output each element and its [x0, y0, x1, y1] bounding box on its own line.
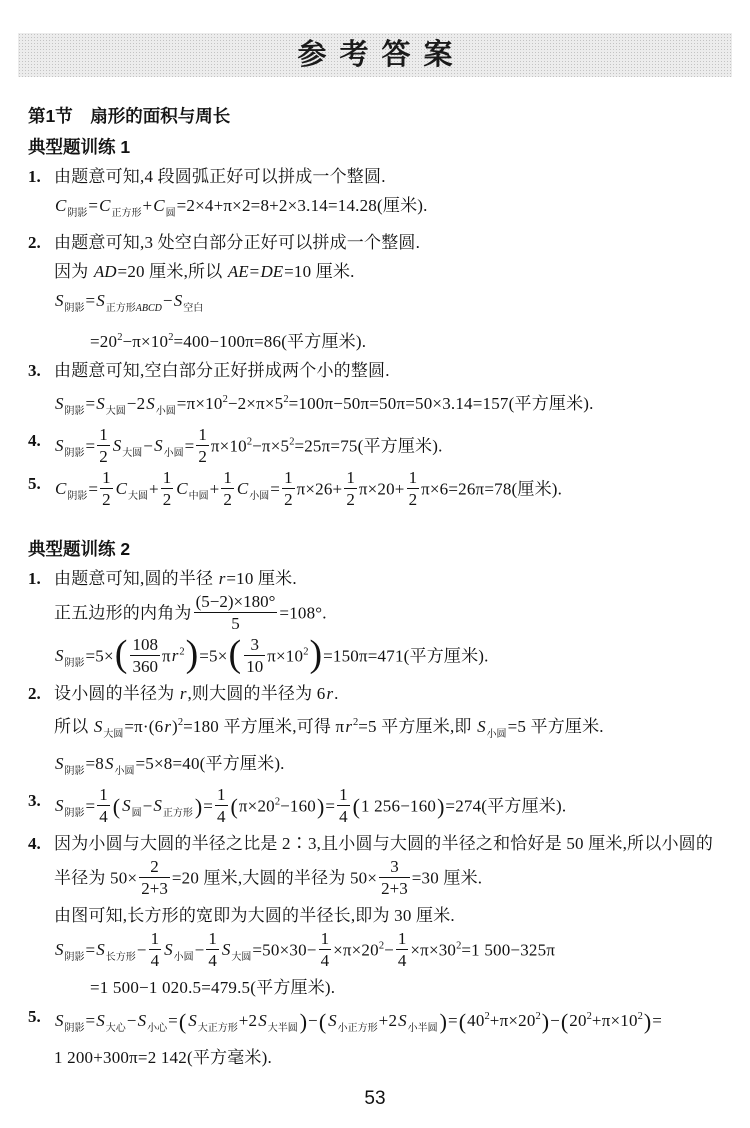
math-variable: S [54, 291, 65, 310]
math-variable: S [163, 940, 174, 959]
fraction: 14 [215, 784, 228, 827]
mid-paren-icon: ( [560, 1009, 569, 1034]
math-variable: S [95, 394, 106, 413]
item-number: 2. [28, 679, 54, 708]
text-run: = [86, 394, 96, 413]
math-variable: S [397, 1011, 408, 1030]
subscript: 阴影 [65, 952, 85, 963]
subscript: 正方形 [111, 208, 141, 219]
answer-item: 3.由题意可知,空白部分正好拼成两个小的整圆.S阴影=S大圆−2S小圆=π×10… [28, 356, 732, 426]
item-number: 4. [28, 426, 54, 455]
fraction: 12 [344, 467, 357, 510]
math-variable: S [54, 646, 65, 665]
math-variable: AD [93, 262, 118, 281]
math-variable: S [95, 291, 106, 310]
text-run: −160 [280, 796, 316, 815]
text-run: =π×10 [177, 394, 223, 413]
text-run: = [325, 796, 335, 815]
item-body: S阴影=S大心−S小心=(S大正方形+2S大半圆)−(S小正方形+2S小半圆)=… [54, 1002, 732, 1072]
big-paren-icon: ( [114, 633, 129, 675]
fraction-denominator: 4 [337, 806, 350, 827]
mid-paren-icon: ) [436, 794, 445, 819]
text-run: −π×10 [122, 332, 168, 351]
math-variable: S [54, 394, 65, 413]
subscript: 小圆 [174, 952, 194, 963]
text-run: − [127, 1011, 137, 1030]
subscript: 小圆 [487, 729, 507, 740]
text-run: −2×π×5 [228, 394, 284, 413]
math-variable: S [476, 717, 487, 736]
math-variable: C [236, 479, 249, 498]
answer-line: 由题意可知,4 段圆弧正好可以拼成一个整圆. [54, 162, 732, 191]
math-variable: AE [227, 262, 250, 281]
item-body: 因为小圆与大圆的半径之比是 2∶3,且小圆与大圆的半径之和恰好是 50 厘米,所… [54, 829, 732, 1002]
fraction-numerator: 108 [130, 634, 160, 656]
answer-item: 2.设小圆的半径为 r,则大圆的半径为 6r.所以 S大圆=π·(6r)2=18… [28, 679, 732, 786]
answer-line: 1 200+300π=2 142(平方毫米). [54, 1043, 732, 1072]
text-run: ,则大圆的半径为 6 [187, 684, 325, 703]
answer-group: 典型题训练 11.由题意可知,4 段圆弧正好可以拼成一个整圆.C阴影=C正方形+… [28, 132, 732, 512]
mid-paren-icon: ) [439, 1009, 448, 1034]
subscript: 阴影 [65, 303, 85, 314]
text-run: +π×10 [592, 1011, 638, 1030]
item-number: 2. [28, 228, 54, 257]
math-variable: S [104, 754, 115, 773]
item-number: 4. [28, 829, 54, 858]
fraction-denominator: 2 [100, 489, 113, 510]
answer-line: 因为小圆与大圆的半径之比是 2∶3,且小圆与大圆的半径之和恰好是 50 厘米,所… [54, 829, 732, 858]
fraction: 14 [319, 928, 332, 971]
item-body: 由题意可知,空白部分正好拼成两个小的整圆.S阴影=S大圆−2S小圆=π×102−… [54, 356, 732, 426]
math-variable: r [344, 717, 353, 736]
mid-paren-icon: ) [299, 1009, 308, 1034]
fraction-denominator: 2 [97, 446, 110, 467]
mid-paren-icon: ) [194, 794, 203, 819]
item-body: S阴影=14(S圆−S正方形)=14(π×202−160)=14(1 256−1… [54, 786, 732, 829]
text-run: =10 厘米. [226, 569, 297, 588]
text-run: 所以 [54, 717, 93, 736]
subscript: 阴影 [65, 658, 85, 669]
subscript: 大正方形 [198, 1023, 238, 1034]
text-run: − [195, 940, 205, 959]
mid-paren-icon: ( [458, 1009, 467, 1034]
text-run: =1 500−1 020.5=479.5(平方厘米). [90, 978, 335, 997]
answer-line: 因为 AD=20 厘米,所以 AE=DE=10 厘米. [54, 257, 732, 286]
math-variable: C [54, 196, 67, 215]
subscript: 大圆 [103, 729, 123, 740]
text-run: 1 200+300π=2 142(平方毫米). [54, 1048, 272, 1067]
text-run: = [88, 479, 98, 498]
text-run: =5 平方厘米,即 [358, 717, 476, 736]
big-paren-icon: ) [308, 633, 323, 675]
fraction-denominator: 2+3 [379, 878, 410, 899]
answer-line: S阴影=S正方形ABCD−S空白 [54, 286, 732, 323]
fraction-numerator: 1 [97, 784, 110, 806]
subscript: 圆 [132, 808, 142, 819]
text-run: =1 500−325π [461, 940, 555, 959]
answer-line: 设小圆的半径为 r,则大圆的半径为 6r. [54, 679, 732, 708]
fraction-denominator: 360 [130, 656, 160, 677]
text-run: =5×8=40(平方厘米). [136, 754, 285, 773]
fraction-numerator: 1 [396, 928, 409, 950]
text-run: =274(平方厘米). [445, 796, 566, 815]
page-title: 参考答案 [297, 39, 465, 71]
text-run: 半径为 50× [54, 868, 137, 887]
text-run: = [185, 436, 195, 455]
math-variable: C [175, 479, 188, 498]
answer-line: 由题意可知,圆的半径 r=10 厘米. [54, 564, 732, 593]
text-run: 由题意可知,4 段圆弧正好可以拼成一个整圆. [54, 167, 386, 186]
fraction-denominator: 10 [244, 656, 265, 677]
fraction-denominator: 2 [344, 489, 357, 510]
subscript: 大圆 [106, 406, 126, 417]
math-variable: C [152, 196, 165, 215]
text-run: =400−100π=86(平方厘米). [173, 332, 366, 351]
item-body: S阴影=12S大圆−S小圆=12π×102−π×52=25π=75(平方厘米). [54, 426, 732, 469]
fraction: 14 [97, 784, 110, 827]
fraction-numerator: 1 [196, 424, 209, 446]
math-variable: C [54, 479, 67, 498]
fraction-denominator: 4 [149, 950, 162, 971]
answer-line: C阴影=C正方形+C圆=2×4+π×2=8+2×3.14=14.28(厘米). [54, 191, 732, 228]
text-run: =30 厘米. [412, 868, 483, 887]
fraction-denominator: 4 [97, 806, 110, 827]
item-body: 由题意可知,圆的半径 r=10 厘米.正五边形的内角为(5−2)×180°5=1… [54, 564, 732, 679]
math-variable: r [325, 684, 334, 703]
fraction: 14 [149, 928, 162, 971]
text-run: + [142, 196, 152, 215]
text-run: +2 [379, 1011, 398, 1030]
mid-paren-icon: ( [318, 1009, 327, 1034]
subscript: 阴影 [67, 208, 87, 219]
fraction: 310 [244, 634, 265, 677]
mid-paren-icon: ( [352, 794, 361, 819]
fraction-numerator: 1 [215, 784, 228, 806]
text-run: + [149, 479, 159, 498]
text-run: =2×4+π×2=8+2×3.14=14.28(厘米). [177, 196, 428, 215]
text-run: 由题意可知,空白部分正好拼成两个小的整圆. [54, 361, 390, 380]
answer-line: S阴影=5×(108360πr2)=5×(310π×102)=150π=471(… [54, 636, 732, 679]
fraction: 12 [282, 467, 295, 510]
text-run: =180 平方厘米,可得 π [183, 717, 344, 736]
big-paren-icon: ) [185, 633, 200, 675]
header-banner: 参考答案 [18, 33, 732, 77]
math-variable: S [54, 940, 65, 959]
fraction-denominator: 4 [206, 950, 219, 971]
answer-line: S阴影=S大圆−2S小圆=π×102−2×π×52=100π−50π=50π=5… [54, 385, 732, 426]
text-run: = [652, 1011, 662, 1030]
math-variable: r [163, 717, 172, 736]
fraction-numerator: 1 [282, 467, 295, 489]
answer-item: 5.C阴影=12C大圆+12C中圆+12C小圆=12π×26+12π×20+12… [28, 469, 732, 512]
math-variable: S [112, 436, 123, 455]
answer-item: 4.因为小圆与大圆的半径之比是 2∶3,且小圆与大圆的半径之和恰好是 50 厘米… [28, 829, 732, 1002]
mid-paren-icon: ) [643, 1009, 652, 1034]
fraction-numerator: (5−2)×180° [194, 591, 278, 613]
subscript: 长方形 [106, 952, 136, 963]
fraction-numerator: 3 [379, 856, 410, 878]
answer-page: { "banner": { "title": "参考答案" }, "sectio… [0, 0, 750, 1128]
item-number: 3. [28, 356, 54, 385]
text-run: − [143, 796, 153, 815]
fraction-denominator: 4 [319, 950, 332, 971]
text-run: = [88, 196, 98, 215]
fraction-numerator: 1 [407, 467, 420, 489]
fraction-numerator: 1 [206, 928, 219, 950]
answer-line: =1 500−1 020.5=479.5(平方厘米). [54, 973, 732, 1002]
answer-line: S阴影=12S大圆−S小圆=12π×102−π×52=25π=75(平方厘米). [54, 426, 732, 469]
superscript: 2 [536, 1011, 541, 1022]
math-variable: S [187, 1011, 198, 1030]
text-run: π×10 [211, 436, 247, 455]
fraction-denominator: 2 [161, 489, 174, 510]
text-run: =108°. [279, 603, 326, 622]
fraction: 12 [407, 467, 420, 510]
text-run: 由图可知,长方形的宽即为大圆的半径长,即为 30 厘米. [54, 906, 455, 925]
mid-paren-icon: ) [316, 794, 325, 819]
fraction-numerator: 1 [149, 928, 162, 950]
subscript: 阴影 [65, 808, 85, 819]
fraction-denominator: 2+3 [139, 878, 170, 899]
subscript: 中圆 [189, 491, 209, 502]
item-number: 5. [28, 469, 54, 498]
fraction: 14 [337, 784, 350, 827]
text-run: = [168, 1011, 178, 1030]
subscript: 正方形 [163, 808, 193, 819]
item-body: C阴影=12C大圆+12C中圆+12C小圆=12π×26+12π×20+12π×… [54, 469, 732, 512]
text-run: =5× [199, 646, 227, 665]
item-body: 设小圆的半径为 r,则大圆的半径为 6r.所以 S大圆=π·(6r)2=180 … [54, 679, 732, 786]
subscript: 阴影 [67, 491, 87, 502]
big-paren-icon: ( [228, 633, 243, 675]
item-number: 5. [28, 1002, 54, 1031]
math-variable: S [221, 940, 232, 959]
text-run: π×10 [267, 646, 303, 665]
item-body: 由题意可知,3 处空白部分正好可以拼成一个整圆.因为 AD=20 厘米,所以 A… [54, 228, 732, 356]
subscript: 正方形ABCD [106, 303, 162, 314]
subscript: 阴影 [65, 766, 85, 777]
answer-line: 由图可知,长方形的宽即为大圆的半径长,即为 30 厘米. [54, 901, 732, 930]
fraction: (5−2)×180°5 [194, 591, 278, 634]
text-run: π×20+ [359, 479, 405, 498]
text-run: −2 [127, 394, 146, 413]
fraction-denominator: 4 [396, 950, 409, 971]
math-variable: S [121, 796, 132, 815]
subscript: 圆 [166, 208, 176, 219]
math-variable: S [152, 796, 163, 815]
text-run: 因为小圆与大圆的半径之比是 2∶3,且小圆与大圆的半径之和恰好是 50 厘米,所… [54, 834, 713, 853]
fraction-numerator: 1 [100, 467, 113, 489]
text-run: =50×30− [252, 940, 316, 959]
subscript: 大圆 [122, 448, 142, 459]
text-run: 因为 [54, 262, 93, 281]
math-variable: C [115, 479, 128, 498]
text-run: = [86, 291, 96, 310]
group-heading: 典型题训练 1 [28, 132, 732, 162]
subscript: 阴影 [65, 448, 85, 459]
answer-line: =202−π×102=400−100π=86(平方厘米). [54, 323, 732, 356]
math-variable: S [95, 1011, 106, 1030]
text-run: = [86, 1011, 96, 1030]
text-run: . [334, 684, 338, 703]
answer-line: C阴影=12C大圆+12C中圆+12C小圆=12π×26+12π×20+12π×… [54, 469, 732, 512]
text-run: =100π−50π=50π=50×3.14=157(平方厘米). [289, 394, 594, 413]
fraction-denominator: 2 [221, 489, 234, 510]
text-run: = [86, 796, 96, 815]
fraction: 12 [221, 467, 234, 510]
fraction: 12 [161, 467, 174, 510]
answer-line: S阴影=S长方形−14S小圆−14S大圆=50×30−14×π×202−14×π… [54, 930, 732, 973]
math-variable: C [98, 196, 111, 215]
math-variable: S [145, 394, 156, 413]
answer-item: 4.S阴影=12S大圆−S小圆=12π×102−π×52=25π=75(平方厘米… [28, 426, 732, 469]
fraction-denominator: 5 [194, 613, 278, 634]
math-variable: S [173, 291, 184, 310]
item-number: 1. [28, 162, 54, 191]
fraction: 14 [206, 928, 219, 971]
text-run: =π·(6 [124, 717, 163, 736]
subscript: 小半圆 [408, 1023, 438, 1034]
answer-line: S阴影=8S小圆=5×8=40(平方厘米). [54, 749, 732, 786]
text-run: =10 厘米. [284, 262, 355, 281]
text-run: − [137, 940, 147, 959]
fraction-numerator: 1 [97, 424, 110, 446]
subscript: 小圆 [249, 491, 269, 502]
text-run: − [384, 940, 394, 959]
fraction: 12 [100, 467, 113, 510]
answer-item: 1.由题意可知,4 段圆弧正好可以拼成一个整圆.C阴影=C正方形+C圆=2×4+… [28, 162, 732, 228]
text-run: π×6=26π=78(厘米). [421, 479, 562, 498]
fraction: 14 [396, 928, 409, 971]
subscript: 小圆 [156, 406, 176, 417]
text-run: −π×5 [252, 436, 289, 455]
subscript: 小正方形 [338, 1023, 378, 1034]
text-run: =5× [86, 646, 114, 665]
math-variable: S [54, 796, 65, 815]
text-run: π×20 [239, 796, 275, 815]
subscript: 空白 [183, 303, 203, 314]
subscript: 大心 [106, 1023, 126, 1034]
text-run: =20 厘米,所以 [118, 262, 227, 281]
text-run: =20 [90, 332, 117, 351]
answer-line: 由题意可知,空白部分正好拼成两个小的整圆. [54, 356, 732, 385]
fraction-numerator: 1 [337, 784, 350, 806]
answer-line: 由题意可知,3 处空白部分正好可以拼成一个整圆. [54, 228, 732, 257]
text-run: 正五边形的内角为 [54, 603, 192, 622]
subscript: 大圆 [128, 491, 148, 502]
subscript: 大半圆 [268, 1023, 298, 1034]
math-variable: S [54, 436, 65, 455]
item-number: 1. [28, 564, 54, 593]
text-run: = [86, 436, 96, 455]
text-run: =8 [86, 754, 105, 773]
fraction: 12 [196, 424, 209, 467]
answer-line: 半径为 50×22+3=20 厘米,大圆的半径为 50×32+3=30 厘米. [54, 858, 732, 901]
answer-item: 5.S阴影=S大心−S小心=(S大正方形+2S大半圆)−(S小正方形+2S小半圆… [28, 1002, 732, 1072]
text-run: = [270, 479, 280, 498]
math-variable: S [153, 436, 164, 455]
fraction-numerator: 1 [221, 467, 234, 489]
subscript: 小圆 [115, 766, 135, 777]
fraction: 12 [97, 424, 110, 467]
fraction: 32+3 [379, 856, 410, 899]
answer-item: 3.S阴影=14(S圆−S正方形)=14(π×202−160)=14(1 256… [28, 786, 732, 829]
text-run: +π×20 [490, 1011, 536, 1030]
text-run: = [203, 796, 213, 815]
text-run: = [86, 940, 96, 959]
text-run: =150π=471(平方厘米). [323, 646, 489, 665]
text-run: 1 256−160 [361, 796, 436, 815]
text-run: =20 厘米,大圆的半径为 50× [172, 868, 377, 887]
page-number: 53 [0, 1088, 750, 1110]
math-variable: S [93, 717, 104, 736]
text-run: 40 [467, 1011, 484, 1030]
answer-item: 1.由题意可知,圆的半径 r=10 厘米.正五边形的内角为(5−2)×180°5… [28, 564, 732, 679]
text-run: = [448, 1011, 458, 1030]
fraction: 22+3 [139, 856, 170, 899]
text-run: 由题意可知,圆的半径 [54, 569, 218, 588]
answer-item: 2.由题意可知,3 处空白部分正好可以拼成一个整圆.因为 AD=20 厘米,所以… [28, 228, 732, 356]
text-run: + [210, 479, 220, 498]
fraction-numerator: 1 [161, 467, 174, 489]
fraction: 108360 [130, 634, 160, 677]
item-number: 3. [28, 786, 54, 815]
answer-group: 典型题训练 21.由题意可知,圆的半径 r=10 厘米.正五边形的内角为(5−2… [28, 534, 732, 1072]
subscript: 小圆 [164, 448, 184, 459]
text-run: π [162, 646, 171, 665]
fraction-numerator: 2 [139, 856, 170, 878]
text-run: 设小圆的半径为 [54, 684, 179, 703]
answer-line: 所以 S大圆=π·(6r)2=180 平方厘米,可得 πr2=5 平方厘米,即 … [54, 708, 732, 749]
subscript-italic: ABCD [136, 303, 162, 314]
text-run: = [250, 262, 260, 281]
math-variable: S [327, 1011, 338, 1030]
fraction-numerator: 1 [319, 928, 332, 950]
math-variable: S [137, 1011, 148, 1030]
fraction-numerator: 3 [244, 634, 265, 656]
fraction-denominator: 2 [407, 489, 420, 510]
math-variable: DE [259, 262, 284, 281]
answer-line: S阴影=S大心−S小心=(S大正方形+2S大半圆)−(S小正方形+2S小半圆)=… [54, 1002, 732, 1043]
text-run: +2 [239, 1011, 258, 1030]
fraction-denominator: 2 [282, 489, 295, 510]
text-run: − [163, 291, 173, 310]
answer-line: 正五边形的内角为(5−2)×180°5=108°. [54, 593, 732, 636]
text-run: π×26+ [297, 479, 343, 498]
text-run: ×π×20 [333, 940, 379, 959]
text-run: ×π×30 [410, 940, 456, 959]
item-body: 由题意可知,4 段圆弧正好可以拼成一个整圆.C阴影=C正方形+C圆=2×4+π×… [54, 162, 732, 228]
section-title: 第1节 扇形的面积与周长 [28, 104, 730, 128]
text-run: 由题意可知,3 处空白部分正好可以拼成一个整圆. [54, 233, 420, 252]
text-run: − [143, 436, 153, 455]
answer-groups: 典型题训练 11.由题意可知,4 段圆弧正好可以拼成一个整圆.C阴影=C正方形+… [28, 132, 732, 1072]
subscript: 阴影 [65, 406, 85, 417]
text-run: − [308, 1011, 318, 1030]
math-variable: S [54, 1011, 65, 1030]
text-run: 20 [569, 1011, 586, 1030]
text-run: =5 平方厘米. [508, 717, 604, 736]
fraction-denominator: 4 [215, 806, 228, 827]
mid-paren-icon: ( [112, 794, 121, 819]
mid-paren-icon: ( [178, 1009, 187, 1034]
mid-paren-icon: ) [541, 1009, 550, 1034]
math-variable: S [54, 754, 65, 773]
group-heading: 典型题训练 2 [28, 534, 732, 564]
math-variable: S [95, 940, 106, 959]
text-run: − [550, 1011, 560, 1030]
math-variable: S [257, 1011, 268, 1030]
